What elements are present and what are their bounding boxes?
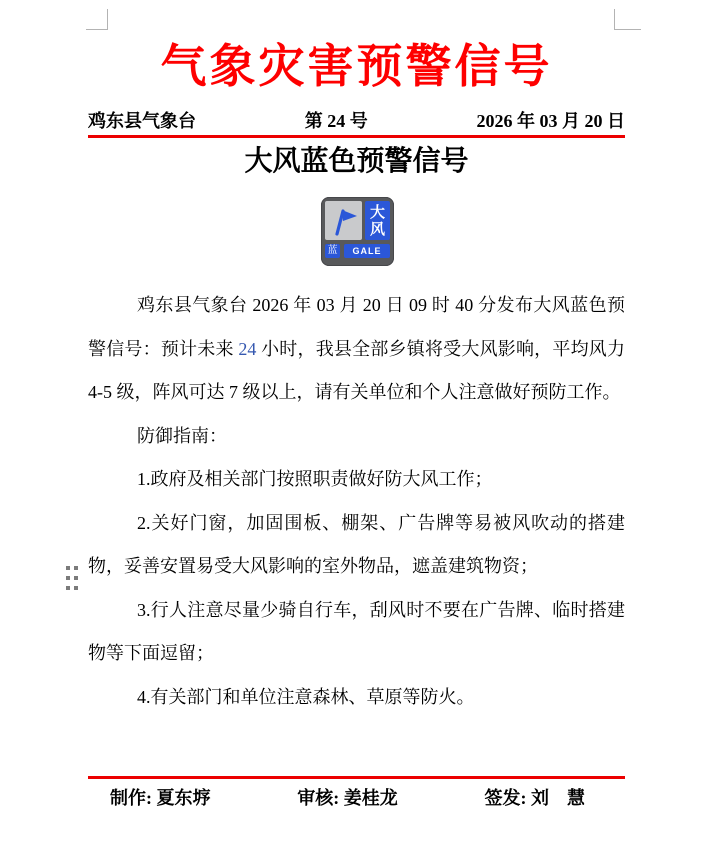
doc-title: 气象灾害预警信号 bbox=[0, 40, 713, 92]
header-divider-line bbox=[88, 135, 625, 138]
page-margin-mark-top-right bbox=[614, 9, 641, 30]
guide-heading: 防御指南： bbox=[88, 415, 625, 459]
footer-issuer-label: 签发: bbox=[485, 788, 527, 808]
document-footer: 制作: 夏东垿 审核: 姜桂龙 签发: 刘 慧 bbox=[88, 786, 625, 810]
footer-issuer-name: 刘 慧 bbox=[531, 788, 585, 808]
paragraph-drag-handle[interactable] bbox=[66, 566, 78, 590]
gale-cn-char-top: 大 bbox=[365, 204, 390, 221]
footer-maker-name: 夏东垿 bbox=[157, 788, 211, 808]
footer-maker: 制作: 夏东垿 bbox=[110, 786, 211, 810]
drag-dot bbox=[74, 566, 78, 570]
document-page: 气象灾害预警信号 鸡东县气象台 第 24 号 2026 年 03 月 20 日 … bbox=[0, 0, 713, 861]
drag-dot bbox=[66, 566, 70, 570]
warning-subtitle: 大风蓝色预警信号 bbox=[0, 144, 713, 180]
highlighted-hours-number: 24 bbox=[238, 339, 256, 359]
drag-dot bbox=[74, 576, 78, 580]
footer-maker-label: 制作: bbox=[110, 788, 152, 808]
drag-dot bbox=[66, 576, 70, 580]
gale-blue-warning-icon: 大 风 蓝 GALE bbox=[321, 197, 394, 266]
gale-cn-char-bottom: 风 bbox=[365, 221, 390, 238]
flag-panel bbox=[325, 201, 362, 240]
footer-divider-line bbox=[88, 776, 625, 779]
body-paragraph-announcement: 鸡东县气象台 2026 年 03 月 20 日 09 时 40 分发布大风蓝色预… bbox=[88, 284, 625, 415]
document-header: 鸡东县气象台 第 24 号 2026 年 03 月 20 日 bbox=[88, 109, 625, 133]
gale-cn-label: 大 风 bbox=[365, 201, 390, 240]
drag-dot bbox=[66, 586, 70, 590]
header-issue-date: 2026 年 03 月 20 日 bbox=[477, 109, 626, 133]
footer-reviewer-label: 审核: bbox=[297, 788, 339, 808]
guide-item-3: 3.行人注意尽量少骑自行车，刮风时不要在广告牌、临时搭建物等下面逗留； bbox=[88, 589, 625, 676]
page-margin-mark-top-left bbox=[86, 9, 108, 30]
footer-reviewer-name: 姜桂龙 bbox=[344, 788, 398, 808]
guide-item-4: 4.有关部门和单位注意森林、草原等防火。 bbox=[88, 676, 625, 720]
drag-dot bbox=[74, 586, 78, 590]
header-issue-number: 第 24 号 bbox=[305, 109, 368, 133]
document-body: 鸡东县气象台 2026 年 03 月 20 日 09 时 40 分发布大风蓝色预… bbox=[88, 284, 625, 719]
guide-item-2: 2.关好门窗，加固围板、棚架、广告牌等易被风吹动的搭建物，妥善安置易受大风影响的… bbox=[88, 502, 625, 589]
signal-level-label: 蓝 bbox=[325, 244, 340, 258]
guide-item-1: 1.政府及相关部门按照职责做好防大风工作； bbox=[88, 458, 625, 502]
footer-issuer: 签发: 刘 慧 bbox=[485, 786, 586, 810]
gale-en-label: GALE bbox=[344, 244, 390, 258]
footer-reviewer: 审核: 姜桂龙 bbox=[297, 786, 398, 810]
header-agency: 鸡东县气象台 bbox=[88, 109, 196, 133]
flag-icon bbox=[329, 205, 359, 237]
